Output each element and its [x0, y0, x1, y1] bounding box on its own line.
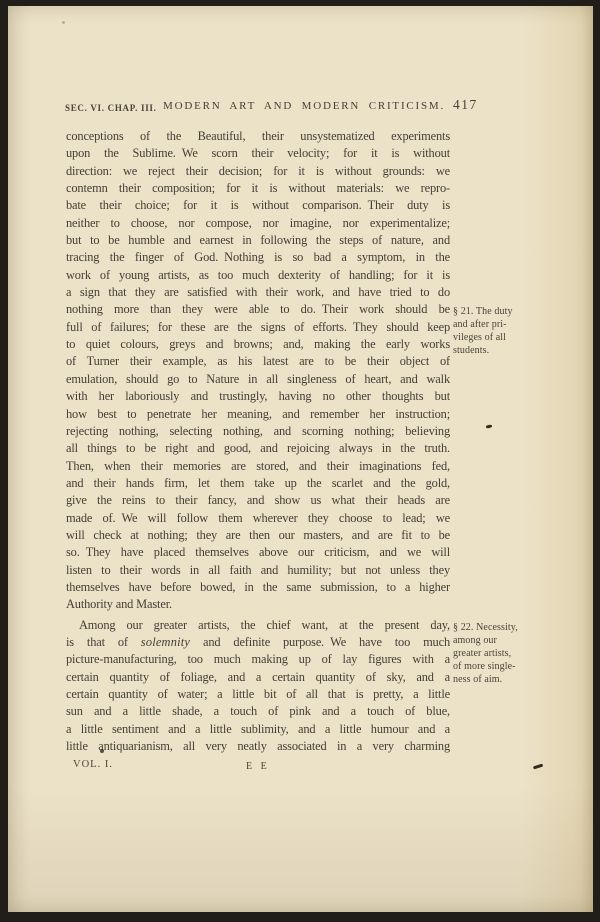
text-line: certain quantity of water; a little bit … [66, 686, 450, 703]
ink-speck [486, 424, 492, 428]
text-line: emulation, should go to Nature in all si… [66, 371, 450, 388]
margin-note-22: § 22. Necessity, among our greater artis… [453, 621, 555, 686]
text-line: neither to choose, nor compose, nor imag… [66, 215, 450, 232]
text-line: direction: we reject their decision; for… [66, 163, 450, 180]
margin-note-line: of more single- [453, 660, 555, 673]
text-line: contemn their composition; for it is wit… [66, 180, 450, 197]
header-running-title: MODERN ART AND MODERN CRITICISM. [163, 100, 445, 112]
header-section-label: SEC. VI. CHAP. III. [65, 103, 157, 113]
margin-note-line: and after pri- [453, 318, 555, 331]
text-line: Then, when their memories are stored, an… [66, 458, 450, 475]
margin-note-line: § 22. Necessity, [453, 621, 555, 634]
margin-note-line: vileges of all [453, 331, 555, 344]
body-paragraph-1: conceptions of the Beautiful, their unsy… [66, 128, 450, 755]
text-line: but to be humble and earnest in followin… [66, 232, 450, 249]
text-line: made of. We will follow them wherever th… [66, 510, 450, 527]
text-line: of Turner their example, as his latest a… [66, 353, 450, 370]
footer-volume-label: VOL. I. [73, 759, 113, 770]
text-line: little antiquarianism, all very neatly a… [66, 738, 450, 755]
text-line: work of young artists, as too much dexte… [66, 267, 450, 284]
text-line: is that of solemnity and definite purpos… [66, 634, 450, 651]
text-line: Among our greater artists, the chief wan… [66, 617, 450, 634]
text-line: with her laboriously and trustingly, hav… [66, 388, 450, 405]
text-line: bate their choice; for it is without com… [66, 197, 450, 214]
text-line: nothing more than they were able to do. … [66, 301, 450, 318]
text-segment: is that of [66, 635, 141, 649]
text-line: how best to penetrate her meaning, and r… [66, 406, 450, 423]
text-line: sun and a little shade, a touch of pink … [66, 703, 450, 720]
text-line: all things to be right and good, and rej… [66, 440, 450, 457]
margin-note-line: students. [453, 344, 555, 357]
text-line: picture-manufacturing, too much making u… [66, 651, 450, 668]
body-paragraph-2: Among our greater artists, the chief wan… [66, 617, 450, 756]
text-line: will check at nothing; they are then our… [66, 527, 450, 544]
text-line: Authority and Master. [66, 596, 450, 613]
text-line: a sign that they are satisfied with thei… [66, 284, 450, 301]
paper-background: SEC. VI. CHAP. III. MODERN ART AND MODER… [8, 6, 593, 912]
margin-note-line: § 21. The duty [453, 305, 555, 318]
text-line: to quiet colours, greys and browns; and,… [66, 336, 450, 353]
text-line: upon the Sublime. We scorn their velocit… [66, 145, 450, 162]
text-line: conceptions of the Beautiful, their unsy… [66, 128, 450, 145]
text-line: listen to their words in all faith and h… [66, 562, 450, 579]
ink-speck [533, 764, 543, 769]
margin-note-21: § 21. The duty and after pri- vileges of… [453, 305, 555, 357]
text-line: full of failures; for these are the sign… [66, 319, 450, 336]
scanned-book-page: SEC. VI. CHAP. III. MODERN ART AND MODER… [0, 0, 600, 922]
header-page-number: 417 [453, 97, 478, 113]
italic-word: solemnity [141, 635, 190, 649]
text-segment: and definite purpose. We have too much [190, 635, 450, 649]
text-line: tracing the finger of God. Nothing is so… [66, 249, 450, 266]
paper-blemish [62, 21, 65, 24]
margin-note-line: greater artists, [453, 647, 555, 660]
ink-speck [100, 749, 104, 753]
footer-signature-mark: E E [246, 761, 270, 772]
text-line: give the reins to their fancy, and show … [66, 492, 450, 509]
text-line: so. They have placed themselves above ou… [66, 544, 450, 561]
margin-note-line: ness of aim. [453, 673, 555, 686]
text-line: a little sentiment and a little sublimit… [66, 721, 450, 738]
text-line: rejecting nothing, selecting nothing, an… [66, 423, 450, 440]
text-line: and their hands firm, let them take up t… [66, 475, 450, 492]
text-line: themselves have before bowed, in the sam… [66, 579, 450, 596]
margin-note-line: among our [453, 634, 555, 647]
text-line: certain quantity of foliage, and a certa… [66, 669, 450, 686]
